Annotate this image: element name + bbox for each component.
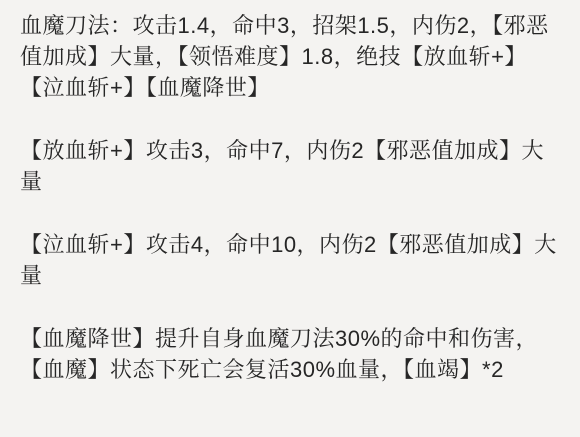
text-line: 值加成】大量，【领悟难度】1.8，绝技【放血斩+】 — [20, 41, 560, 72]
text-line: 【泣血斩+】攻击4，命中10，内伤2【邪恶值加成】大 — [20, 229, 560, 260]
paragraph-xue-mo-jiang-shi: 【血魔降世】提升自身血魔刀法30%的命中和伤害， 【血魔】状态下死亡会复活30%… — [20, 323, 560, 385]
text-line: 【泣血斩+】【血魔降世】 — [20, 72, 560, 103]
paragraph-blood-demon-blade-summary: 血魔刀法：攻击1.4，命中3，招架1.5，内伤2，【邪恶 值加成】大量，【领悟难… — [20, 10, 560, 103]
text-line: 量 — [20, 166, 560, 197]
paragraph-qi-xue-zhan-plus: 【泣血斩+】攻击4，命中10，内伤2【邪恶值加成】大 量 — [20, 229, 560, 291]
text-line: 【血魔降世】提升自身血魔刀法30%的命中和伤害， — [20, 323, 560, 354]
text-line: 【血魔】状态下死亡会复活30%血量，【血竭】*2 — [20, 354, 560, 385]
text-line: 【放血斩+】攻击3，命中7，内伤2【邪恶值加成】大 — [20, 135, 560, 166]
paragraph-fang-xue-zhan-plus: 【放血斩+】攻击3，命中7，内伤2【邪恶值加成】大 量 — [20, 135, 560, 197]
skill-description-page: 血魔刀法：攻击1.4，命中3，招架1.5，内伤2，【邪恶 值加成】大量，【领悟难… — [0, 0, 580, 437]
text-line: 量 — [20, 260, 560, 291]
text-line: 血魔刀法：攻击1.4，命中3，招架1.5，内伤2，【邪恶 — [20, 10, 560, 41]
